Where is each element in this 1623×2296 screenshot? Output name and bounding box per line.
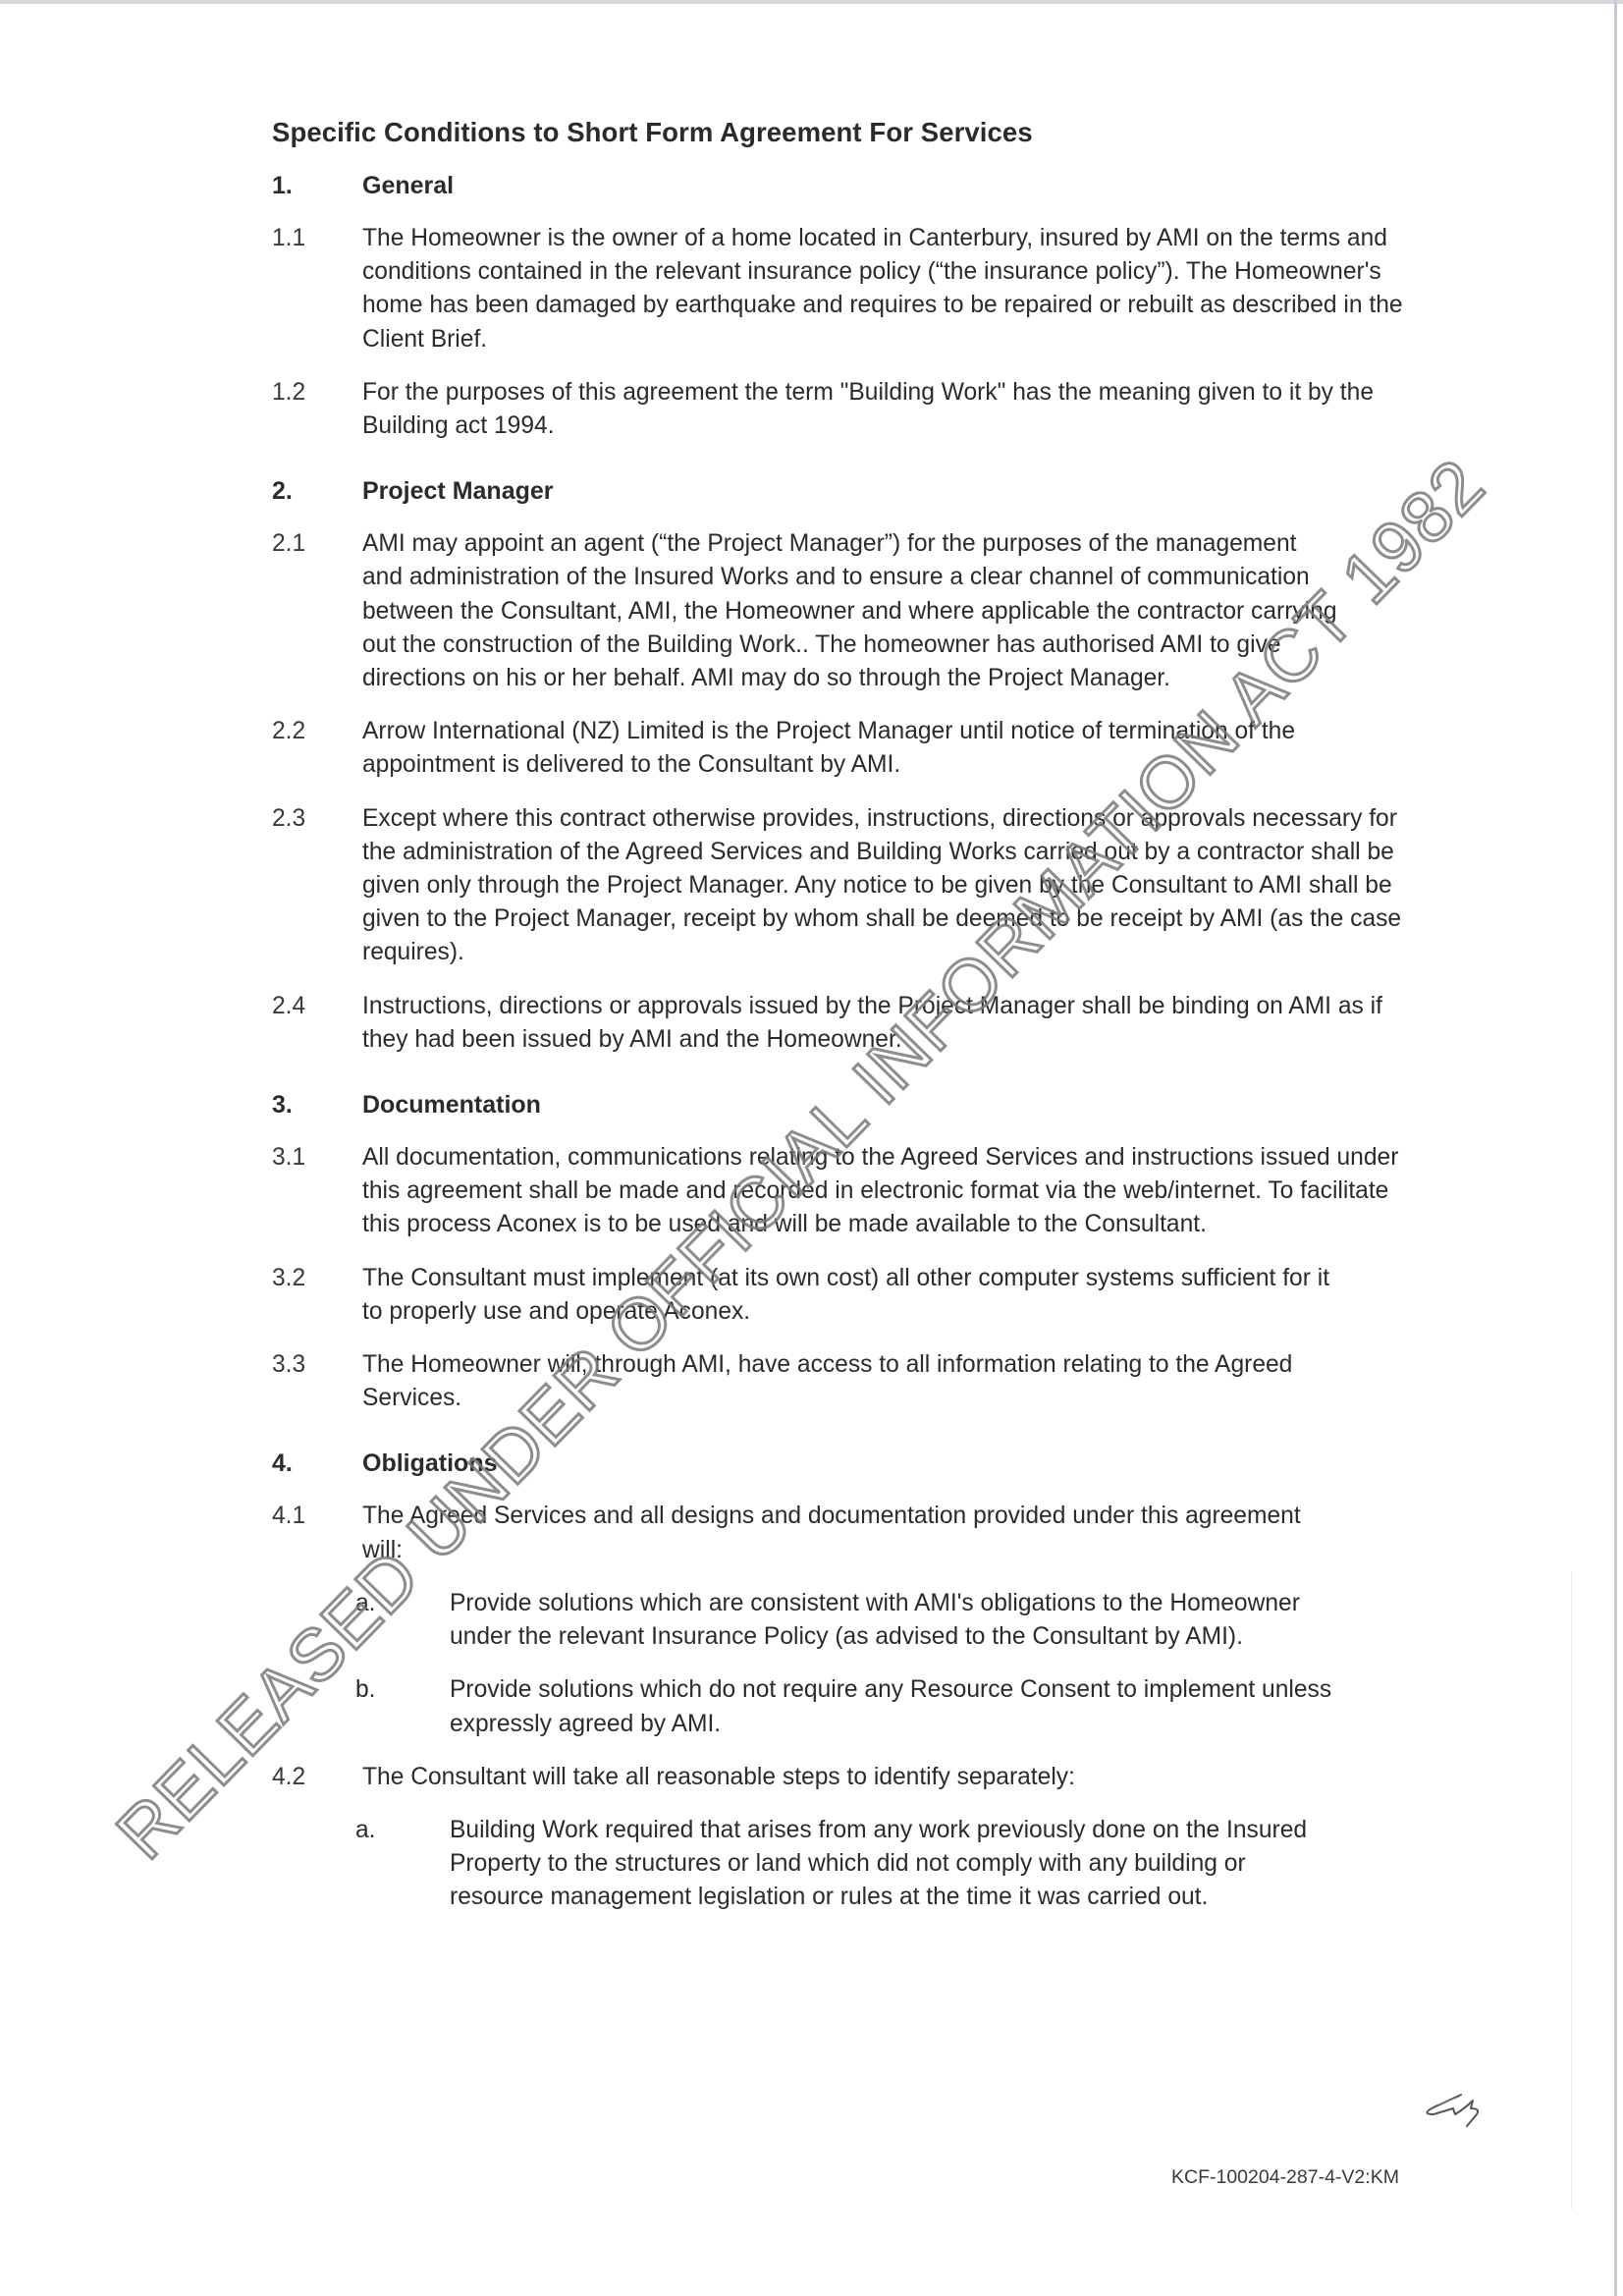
clause-1-2: 1.2 For the purposes of this agreement t… (272, 376, 1431, 443)
clause-text: The Agreed Services and all designs and … (362, 1500, 1431, 1566)
section-heading-general: 1. General (272, 169, 1431, 202)
subclause-letter: b. (355, 1673, 450, 1740)
document-reference-code: KCF-100204-287-4-V2:KM (1171, 2166, 1399, 2189)
clause-number: 2.2 (272, 715, 362, 782)
section-number: 1. (272, 169, 362, 202)
scan-right-edge-faint (1571, 1571, 1572, 2210)
subclause-4-1-a: a. Provide solutions which are consisten… (355, 1587, 1431, 1654)
section-title: Obligations (362, 1447, 498, 1480)
clause-text: The Consultant will take all reasonable … (362, 1761, 1431, 1794)
clause-number: 2.3 (272, 802, 362, 970)
section-title: Documentation (362, 1088, 541, 1121)
clause-2-4: 2.4 Instructions, directions or approval… (272, 990, 1431, 1057)
clause-text: Arrow International (NZ) Limited is the … (362, 715, 1431, 782)
section-heading-documentation: 3. Documentation (272, 1088, 1431, 1121)
document-title: Specific Conditions to Short Form Agreem… (272, 116, 1431, 149)
clause-number: 4.1 (272, 1500, 362, 1566)
clause-number: 1.1 (272, 222, 362, 356)
clause-text: For the purposes of this agreement the t… (362, 376, 1431, 443)
subclause-text: Provide solutions which are consistent w… (450, 1587, 1431, 1654)
clause-text: The Homeowner will, through AMI, have ac… (362, 1348, 1431, 1415)
clause-text: AMI may appoint an agent (“the Project M… (362, 527, 1431, 695)
clause-number: 2.4 (272, 990, 362, 1057)
clause-number: 3.1 (272, 1141, 362, 1242)
clause-2-2: 2.2 Arrow International (NZ) Limited is … (272, 715, 1431, 782)
section-number: 4. (272, 1447, 362, 1480)
clause-number: 3.2 (272, 1262, 362, 1329)
subclause-letter: a. (355, 1587, 450, 1654)
subclause-text: Provide solutions which do not require a… (450, 1673, 1431, 1740)
clause-3-3: 3.3 The Homeowner will, through AMI, hav… (272, 1348, 1431, 1415)
clause-number: 4.2 (272, 1761, 362, 1794)
clause-2-3: 2.3 Except where this contract otherwise… (272, 802, 1431, 970)
clause-1-1: 1.1 The Homeowner is the owner of a home… (272, 222, 1431, 356)
clause-text: The Homeowner is the owner of a home loc… (362, 222, 1431, 356)
clause-text: All documentation, communications relati… (362, 1141, 1431, 1242)
clause-text: The Consultant must implement (at its ow… (362, 1262, 1431, 1329)
section-heading-project-manager: 2. Project Manager (272, 474, 1431, 508)
subclause-letter: a. (355, 1814, 450, 1915)
clause-4-1: 4.1 The Agreed Services and all designs … (272, 1500, 1431, 1566)
subclause-4-2-a: a. Building Work required that arises fr… (355, 1814, 1431, 1915)
clause-text: Except where this contract otherwise pro… (362, 802, 1431, 970)
clause-number: 1.2 (272, 376, 362, 443)
section-title: General (362, 169, 454, 202)
section-number: 3. (272, 1088, 362, 1121)
clause-4-2: 4.2 The Consultant will take all reasona… (272, 1761, 1431, 1794)
subclause-4-1-b: b. Provide solutions which do not requir… (355, 1673, 1431, 1740)
subclause-text: Building Work required that arises from … (450, 1814, 1431, 1915)
clause-3-1: 3.1 All documentation, communications re… (272, 1141, 1431, 1242)
clause-3-2: 3.2 The Consultant must implement (at it… (272, 1262, 1431, 1329)
clause-2-1: 2.1 AMI may appoint an agent (“the Proje… (272, 527, 1431, 695)
clause-text: Instructions, directions or approvals is… (362, 990, 1431, 1057)
scan-top-edge (0, 0, 1623, 4)
handwritten-initials-icon (1414, 2087, 1502, 2136)
section-heading-obligations: 4. Obligations (272, 1447, 1431, 1480)
section-title: Project Manager (362, 474, 554, 508)
document-page: Specific Conditions to Short Form Agreem… (272, 116, 1431, 1935)
scan-right-edge (1614, 0, 1617, 2296)
clause-number: 2.1 (272, 527, 362, 695)
section-number: 2. (272, 474, 362, 508)
clause-number: 3.3 (272, 1348, 362, 1415)
